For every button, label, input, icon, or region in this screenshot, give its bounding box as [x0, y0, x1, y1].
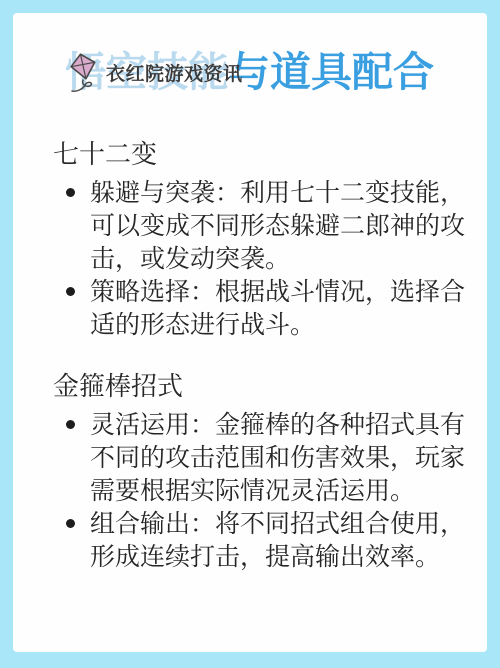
watermark-text: 衣红院游戏资讯 [106, 63, 243, 85]
bullet-list-2: 灵活运用：金箍棒的各种招式具有不同的攻击范围和伤害效果，玩家需要根据实际情况灵活… [53, 408, 475, 573]
kite-icon [67, 51, 103, 97]
bullet-dot [66, 287, 75, 296]
section-heading-golden-cudgel-moves: 金箍棒招式 [53, 371, 475, 404]
bullet-text: 策略选择：根据战斗情况，选择合适的形态进行战斗。 [90, 277, 465, 339]
section-heading-seventy-two-transformations: 七十二变 [53, 139, 475, 172]
bullet-text: 灵活运用：金箍棒的各种招式具有不同的攻击范围和伤害效果，玩家需要根据实际情况灵活… [90, 410, 465, 505]
list-item: 灵活运用：金箍棒的各种招式具有不同的攻击范围和伤害效果，玩家需要根据实际情况灵活… [53, 408, 475, 507]
bullet-dot [66, 188, 75, 197]
content-card: 悟空技能与道具配合 衣红院游戏资讯 七十二变 [13, 13, 487, 652]
page-frame: 悟空技能与道具配合 衣红院游戏资讯 七十二变 [0, 0, 500, 668]
bullet-dot [66, 420, 75, 429]
list-item: 策略选择：根据战斗情况，选择合适的形态进行战斗。 [53, 275, 475, 341]
bullet-text: 躲避与突袭：利用七十二变技能，可以变成不同形态躲避二郎神的攻击，或发动突袭。 [90, 178, 465, 273]
watermark: 衣红院游戏资讯 [67, 51, 243, 97]
bullet-text: 组合输出：将不同招式组合使用，形成连续打击，提高输出效率。 [90, 509, 465, 571]
list-item: 躲避与突袭：利用七十二变技能，可以变成不同形态躲避二郎神的攻击，或发动突袭。 [53, 176, 475, 275]
page-title: 悟空技能与道具配合 衣红院游戏资讯 [65, 45, 487, 99]
bullet-list-1: 躲避与突袭：利用七十二变技能，可以变成不同形态躲避二郎神的攻击，或发动突袭。 策… [53, 176, 475, 341]
title-bold-text: 与道具配合 [229, 48, 434, 96]
list-item: 组合输出：将不同招式组合使用，形成连续打击，提高输出效率。 [53, 507, 475, 573]
article-body: 七十二变 躲避与突袭：利用七十二变技能，可以变成不同形态躲避二郎神的攻击，或发动… [53, 139, 475, 573]
bullet-dot [66, 519, 75, 528]
